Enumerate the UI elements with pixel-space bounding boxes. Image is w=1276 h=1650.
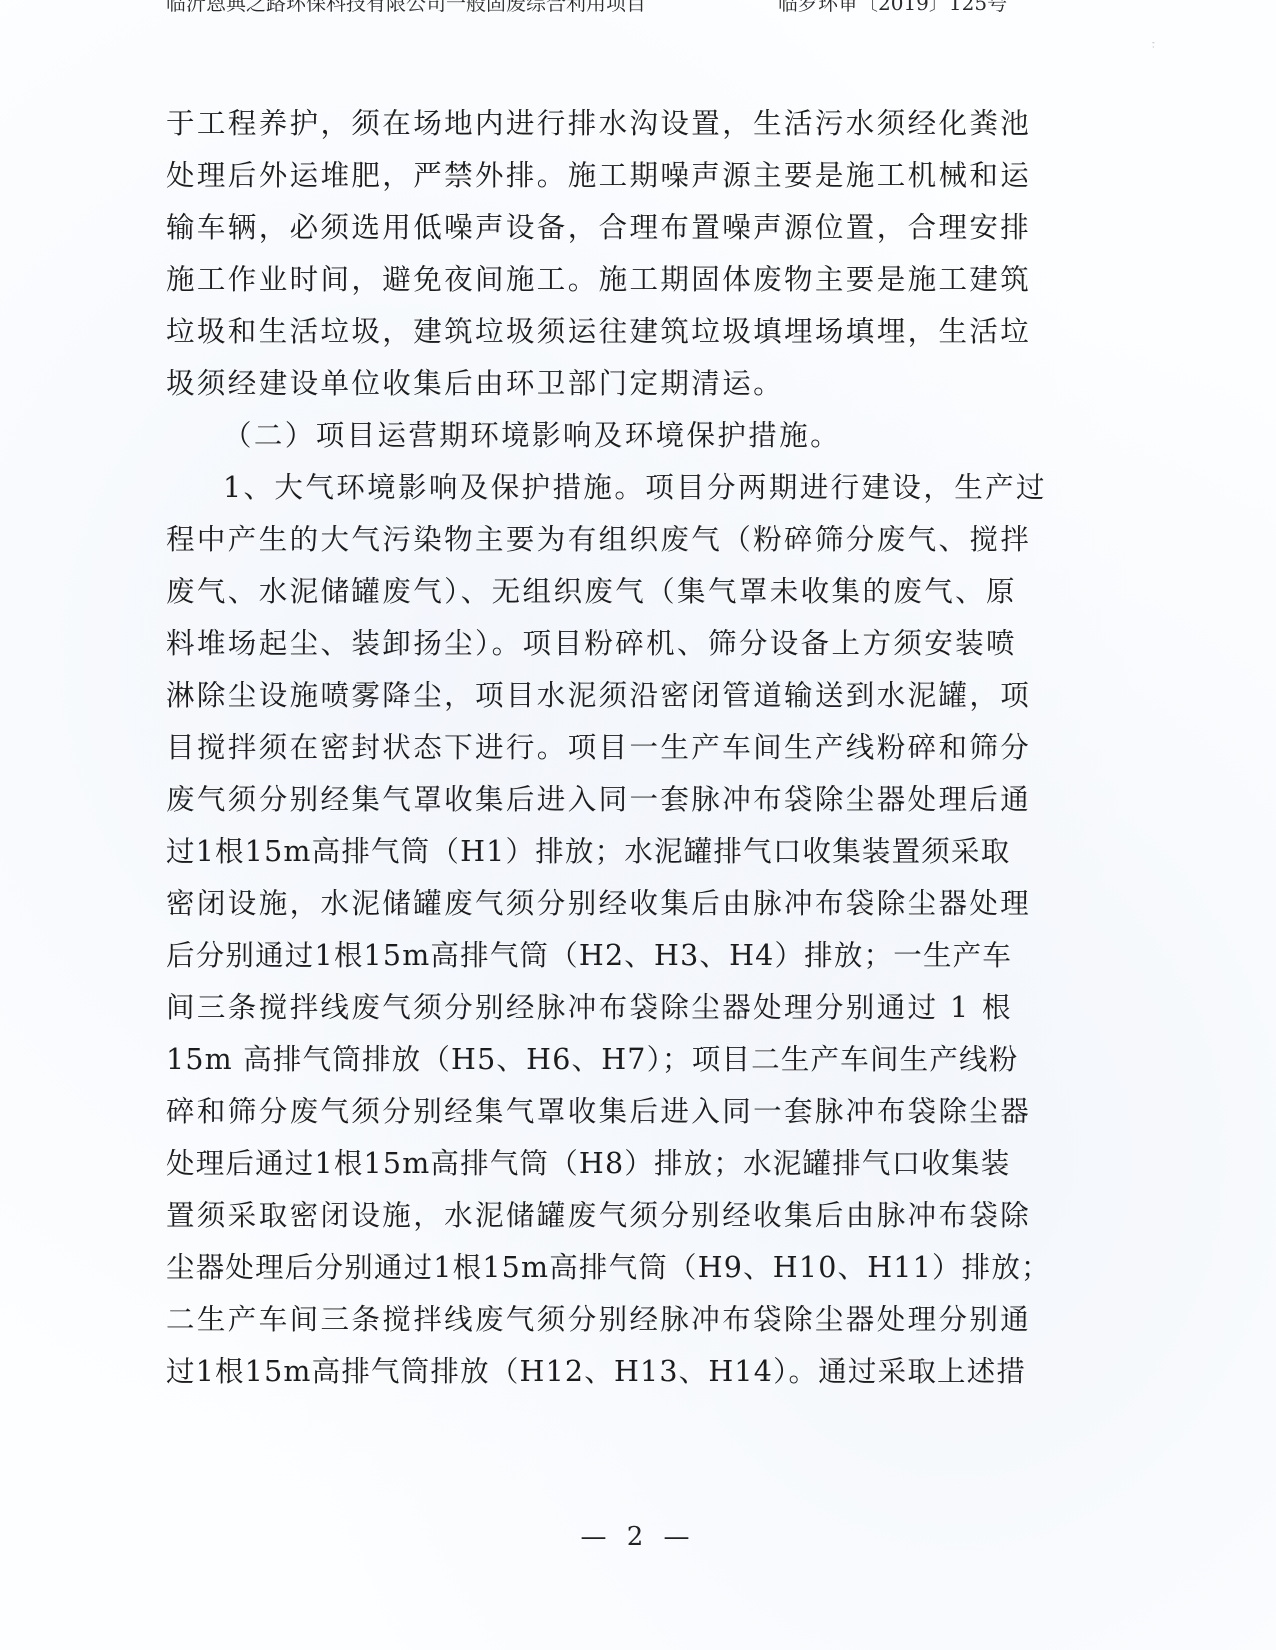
text-line: 过1根15m高排气筒（H1）排放；水泥罐排气口收集装置须采取: [166, 826, 1071, 878]
scan-margin-mark: -·: [1152, 40, 1158, 50]
text-line: 于工程养护，须在场地内进行排水沟设置，生活污水须经化粪池: [166, 98, 1071, 150]
document-body: 于工程养护，须在场地内进行排水沟设置，生活污水须经化粪池 处理后外运堆肥，严禁外…: [166, 98, 1071, 1398]
text-line: 间三条搅拌线废气须分别经脉冲布袋除尘器处理分别通过 1 根: [166, 982, 1071, 1034]
text-line: 淋除尘设施喷雾降尘，项目水泥须沿密闭管道输送到水泥罐，项: [166, 670, 1071, 722]
text-line: 尘器处理后分别通过1根15m高排气筒（H9、H10、H11）排放；: [166, 1242, 1071, 1294]
text-line: 圾须经建设单位收集后由环卫部门定期清运。: [166, 358, 1071, 410]
text-line: 碎和筛分废气须分别经集气罩收集后进入同一套脉冲布袋除尘器: [166, 1086, 1071, 1138]
text-line: 输车辆，必须选用低噪声设备，合理布置噪声源位置，合理安排: [166, 202, 1071, 254]
text-line: 程中产生的大气污染物主要为有组织废气（粉碎筛分废气、搅拌: [166, 514, 1071, 566]
page-number: — 2 —: [0, 1522, 1276, 1552]
text-line: 过1根15m高排气筒排放（H12、H13、H14）。通过采取上述措: [166, 1346, 1071, 1398]
text-line: 密闭设施，水泥储罐废气须分别经收集后由脉冲布袋除尘器处理: [166, 878, 1071, 930]
header-document-number: 临罗环审〔2019〕125号: [778, 0, 1007, 16]
text-line: 废气、水泥储罐废气）、无组织废气（集气罩未收集的废气、原: [166, 566, 1071, 618]
text-line: 垃圾和生活垃圾，建筑垃圾须运往建筑垃圾填埋场填埋，生活垃: [166, 306, 1071, 358]
text-line: 目搅拌须在密封状态下进行。项目一生产车间生产线粉碎和筛分: [166, 722, 1071, 774]
text-line: 处理后外运堆肥，严禁外排。施工期噪声源主要是施工机械和运: [166, 150, 1071, 202]
text-line: 处理后通过1根15m高排气筒（H8）排放；水泥罐排气口收集装: [166, 1138, 1071, 1190]
header-project-title: 临沂恩典之路环保科技有限公司一般固废综合利用项目: [166, 0, 646, 16]
text-line: 置须采取密闭设施，水泥储罐废气须分别经收集后由脉冲布袋除: [166, 1190, 1071, 1242]
text-line: 废气须分别经集气罩收集后进入同一套脉冲布袋除尘器处理后通: [166, 774, 1071, 826]
text-line: 料堆场起尘、装卸扬尘）。项目粉碎机、筛分设备上方须安装喷: [166, 618, 1071, 670]
paragraph-start: 1、大气环境影响及保护措施。项目分两期进行建设，生产过: [166, 462, 1071, 514]
text-line: 后分别通过1根15m高排气筒（H2、H3、H4）排放；一生产车: [166, 930, 1071, 982]
text-line: 15m 高排气筒排放（H5、H6、H7）；项目二生产车间生产线粉: [166, 1034, 1071, 1086]
section-heading: （二）项目运营期环境影响及环境保护措施。: [166, 410, 1071, 462]
page-header: 临沂恩典之路环保科技有限公司一般固废综合利用项目 临罗环审〔2019〕125号: [166, 0, 1066, 16]
text-line: 二生产车间三条搅拌线废气须分别经脉冲布袋除尘器处理分别通: [166, 1294, 1071, 1346]
text-line: 施工作业时间，避免夜间施工。施工期固体废物主要是施工建筑: [166, 254, 1071, 306]
